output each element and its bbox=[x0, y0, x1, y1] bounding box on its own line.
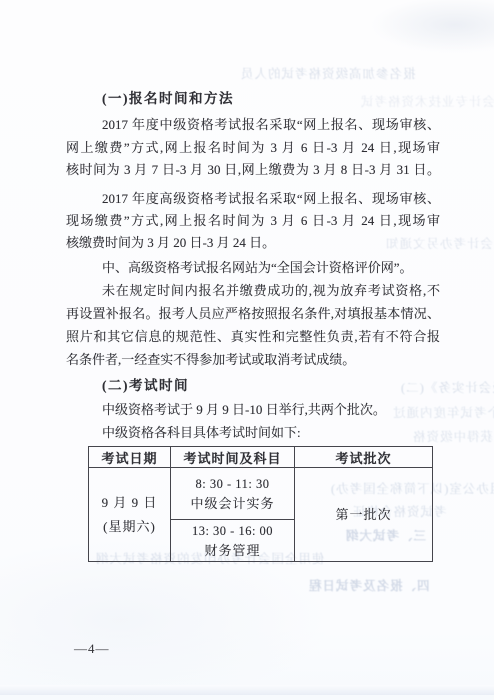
table-header-exam-date: 考试日期 bbox=[89, 447, 171, 468]
exam-weekday: (星期六) bbox=[103, 517, 156, 537]
text-line: 2017 年度高级资格考试报名采取“网上报名、现场审核、 bbox=[66, 187, 440, 210]
session1-cell: 8: 30 - 11: 30 中级会计实务 bbox=[171, 468, 295, 520]
text-line: 再设置补报名。报考人员应严格按照报名条件,对填报基本情况、 bbox=[66, 302, 440, 325]
text-line: 中级资格考试于 9 月 9 日-10 日举行,共两个批次。 bbox=[66, 398, 440, 421]
section-heading-exam-time: (二)考试时间 bbox=[66, 374, 440, 397]
bleedthrough-text: 四、报名及考试日程 bbox=[308, 576, 430, 594]
session1-subject: 中级会计实务 bbox=[190, 494, 274, 514]
text-line: 未在规定时间内报名并缴费成功的,视为放弃考试资格,不 bbox=[66, 279, 440, 302]
exam-date-cell: 9 月 9 日 (星期六) bbox=[89, 468, 171, 561]
exam-batch-cell: 第一批次 bbox=[295, 468, 432, 561]
session2-time: 13: 30 - 16: 00 bbox=[192, 521, 273, 541]
text-line: 网上缴费”方式,网上报名时间为 3 月 6 日-3 月 24 日,现场审 bbox=[66, 136, 440, 159]
scanned-document-page: 报名参加高级资格考试的人员 会计专业技术资格考试 明,全国会计考办另文通知 高级… bbox=[0, 0, 494, 700]
bleedthrough-text: 报名参加高级资格考试的人员 bbox=[240, 64, 416, 82]
text-line: 现场缴费”方式,网上报名时间为 3 月 6 日-3 月 24 日,现场审 bbox=[66, 209, 440, 232]
text-line: 2017 年度中级资格考试报名采取“网上报名、现场审核、 bbox=[66, 113, 440, 136]
section-heading-registration: (一)报名时间和方法 bbox=[66, 87, 440, 110]
session1-time: 8: 30 - 11: 30 bbox=[196, 474, 270, 494]
page-number: —4— bbox=[74, 641, 110, 657]
session2-subject: 财务管理 bbox=[204, 541, 260, 561]
text-line: 名条件者,一经查实不得参加考试或取消考试成绩。 bbox=[66, 348, 440, 371]
exam-schedule-table: 考试日期 考试时间及科目 考试批次 9 月 9 日 (星期六) 8: 30 - … bbox=[88, 446, 433, 562]
exam-batch: 第一批次 bbox=[335, 505, 391, 525]
text-line: 中、高级资格考试报名网站为“全国会计资格评价网”。 bbox=[66, 256, 440, 279]
text-line: 中级资格各科目具体考试时间如下: bbox=[66, 421, 440, 444]
session2-cell: 13: 30 - 16: 00 财务管理 bbox=[171, 520, 295, 561]
text-line: 核时间为 3 月 7 日-3 月 30 日,网上缴费为 3 月 8 日-3 月 … bbox=[66, 158, 440, 181]
text-line: 核缴费时间为 3 月 20 日-3 月 24 日。 bbox=[66, 231, 440, 254]
table-header-time-subject: 考试时间及科目 bbox=[171, 447, 295, 468]
exam-date: 9 月 9 日 bbox=[102, 493, 158, 513]
text-line: 照片和其它信息的规范性、真实性和完整性负责,若有不符合报 bbox=[66, 325, 440, 348]
table-header-batch: 考试批次 bbox=[295, 447, 432, 468]
scan-edge-shadow bbox=[0, 685, 494, 695]
